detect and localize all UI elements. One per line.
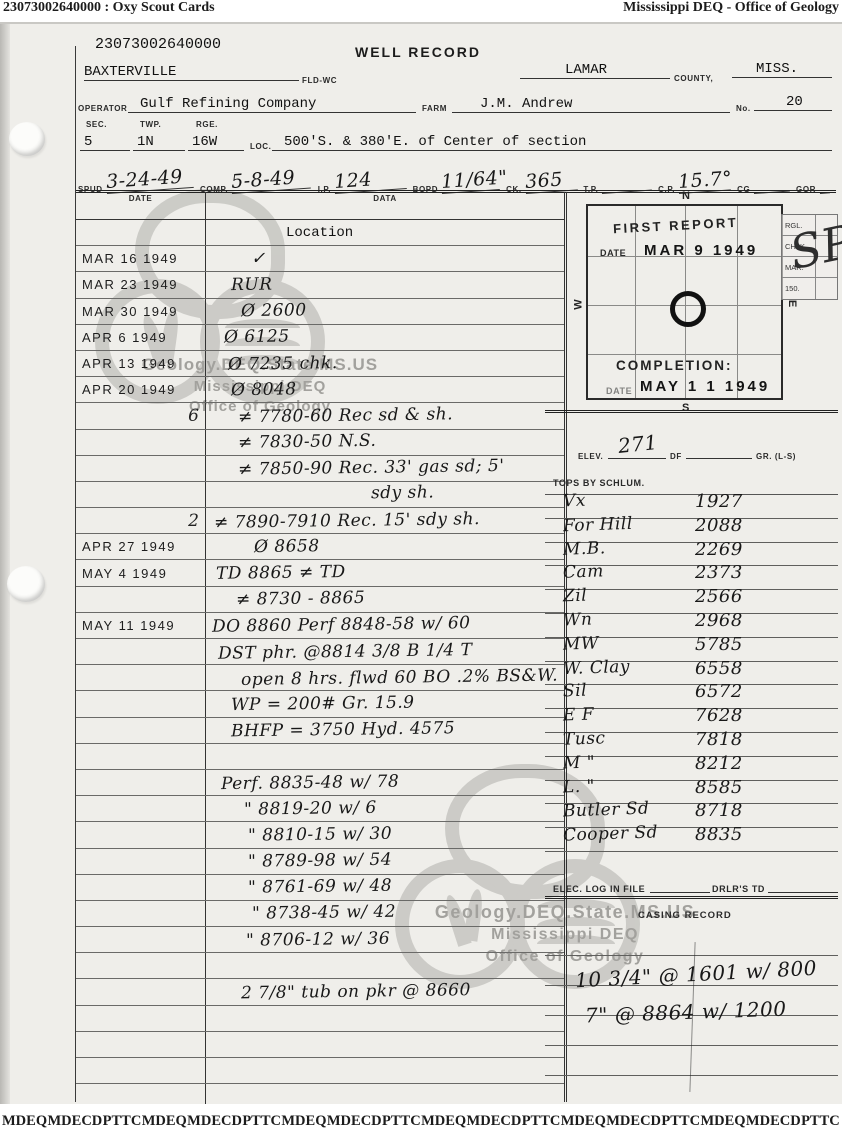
page-title: WELL RECORD (355, 44, 481, 60)
log-data-cell: Ø 2600 (206, 299, 564, 324)
tops-name: Wn (563, 609, 593, 630)
log-row: Location (76, 220, 564, 246)
tops-section: TOPS BY SCHLUM. Vx1927For Hill2088M.B.22… (545, 472, 838, 852)
footer-token: MDECD (467, 1113, 522, 1130)
log-date: APR 27 1949 (82, 539, 176, 554)
tops-row: Cam2373 (545, 566, 838, 590)
sec-label: SEC. (86, 120, 107, 129)
rge-label: RGE. (196, 120, 218, 129)
log-data-text: " 8789-98 w/ 54 (206, 850, 392, 873)
log-row (76, 1032, 564, 1058)
tops-name: Cam (563, 562, 604, 583)
log-date-cell: MAR 16 1949 (76, 246, 206, 271)
log-data-text: DO 8860 Perf 8848-58 w/ 60 (206, 614, 471, 638)
log-row: open 8 hrs. flwd 60 BO .2% BS&W. (76, 665, 564, 691)
log-rows: LocationMAR 16 1949✓MAR 23 1949RURMAR 30… (76, 220, 564, 1110)
log-row: MAR 30 1949Ø 2600 (76, 299, 564, 325)
log-date: MAR 23 1949 (82, 277, 178, 292)
elec-double-rule (545, 896, 838, 899)
date-column-header: DATE (129, 194, 153, 203)
tops-depth: 2269 (695, 539, 743, 560)
log-date: MAY 4 1949 (82, 566, 167, 581)
log-data-text: " 8819-20 w/ 6 (206, 798, 377, 820)
document-id-title: 23073002640000 : Oxy Scout Cards (3, 0, 215, 16)
tops-name: For Hill (563, 514, 633, 536)
log-date: 6 (188, 406, 199, 426)
tops-name: E F (563, 705, 595, 726)
spud-row: SPUD3-24-49COMP.5-8-49I.P.124BOPD11/64"C… (78, 158, 836, 194)
tops-name: Zil (563, 586, 588, 607)
compass-east-label: E (786, 300, 798, 308)
log-data-text: Ø 8658 (206, 536, 320, 558)
footer-token: MDEQ (700, 1113, 745, 1130)
completion-label: COMPLETION: (616, 358, 733, 373)
log-data-cell: ≠ 7830-50 N.S. (206, 430, 564, 455)
log-date-cell: APR 20 1949 (76, 377, 206, 402)
data-column-header: DATA (373, 194, 396, 203)
well-no-label: No. (736, 104, 751, 113)
log-data-text: Ø 2600 (206, 300, 307, 321)
tops-name: L. " (563, 776, 596, 797)
log-data-text: open 8 hrs. flwd 60 BO .2% BS&W. (206, 665, 558, 690)
tops-name: M " (563, 752, 596, 773)
log-data-cell: " 8706-12 w/ 36 (206, 927, 564, 952)
log-date: 2 (188, 511, 199, 531)
log-row (76, 953, 564, 979)
log-data-cell: ✓ (206, 246, 564, 271)
initials-signature: SP (786, 218, 842, 276)
log-data-cell: BHFP = 3750 Hyd. 4575 (206, 718, 564, 743)
log-data-cell: TD 8865 ≠ TD (206, 560, 564, 585)
log-date-cell: APR 13 1949 (76, 351, 206, 376)
footer-token: MDECD (47, 1113, 102, 1130)
compass-north-label: N (682, 190, 691, 202)
log-date-cell (76, 456, 206, 481)
footer-token: MDECD (606, 1113, 661, 1130)
loc-value: 500'S. & 380'E. of Center of section (272, 134, 832, 151)
log-data-text: Ø 7235 chk. (206, 353, 338, 375)
elev-gr-label: GR. (L-S) (756, 452, 796, 461)
log-date-cell (76, 718, 206, 743)
tops-label: TOPS BY SCHLUM. (553, 478, 645, 488)
farm-label: FARM (422, 104, 447, 113)
tops-name: M.B. (563, 538, 606, 559)
log-data-cell (206, 1058, 564, 1083)
log-row: " 8738-45 w/ 42 (76, 901, 564, 927)
tops-rows: Vx1927For Hill2088M.B.2269Cam2373Zil2566… (545, 495, 838, 852)
log-date-cell (76, 849, 206, 874)
viewer-top-bar: 23073002640000 : Oxy Scout Cards Mississ… (0, 0, 842, 22)
log-data-cell: DST phr. @8814 3/8 B 1/4 T (206, 639, 564, 664)
log-row: 2≠ 7890-7910 Rec. 15' sdy sh. (76, 508, 564, 534)
log-data-text: ✓ (206, 248, 266, 269)
log-row: sdy sh. (76, 482, 564, 508)
first-report-date-stamp: MAR 9 1949 (644, 242, 758, 259)
field-label: FLD-WC (302, 76, 337, 85)
log-row: MAY 11 1949DO 8860 Perf 8848-58 w/ 60 (76, 613, 564, 639)
log-date: MAR 30 1949 (82, 304, 178, 319)
hole-punch (7, 566, 45, 602)
log-data-text: Ø 8048 (206, 379, 297, 400)
casing-record-label: CASING RECORD (638, 910, 732, 921)
elev-underline (608, 438, 666, 459)
log-data-cell: Ø 8048 (206, 377, 564, 402)
drlrs-td-label: DRLR'S TD (712, 884, 765, 894)
log-table-header: DATE DATA (76, 192, 564, 220)
log-data-text: " 8706-12 w/ 36 (206, 928, 390, 951)
log-row: WP = 200# Gr. 15.9 (76, 691, 564, 717)
tops-depth: 6558 (695, 658, 743, 679)
compass-west-label: W (573, 298, 585, 309)
log-data-text: RUR (206, 275, 273, 296)
log-row: BHFP = 3750 Hyd. 4575 (76, 718, 564, 744)
rge-value: 16W (188, 134, 244, 151)
log-date-cell: MAY 4 1949 (76, 560, 206, 585)
well-location-marker (670, 291, 706, 327)
viewer-footer-bar: MDEQMDECDPTTCMDEQMDECDPTTCMDEQMDECDPTTCM… (0, 1104, 842, 1130)
tops-name: W. Clay (563, 656, 631, 678)
log-row (76, 1006, 564, 1032)
tops-name: Sil (563, 681, 588, 702)
log-date-cell (76, 744, 206, 769)
log-data-cell: ≠ 7890-7910 Rec. 15' sdy sh. (206, 508, 564, 533)
log-data-text: " 8761-69 w/ 48 (206, 876, 392, 899)
log-data-cell: Ø 7235 chk. (206, 351, 564, 376)
scan-edge-shadow (0, 24, 10, 1106)
field-name-value: BAXTERVILLE (84, 64, 299, 81)
log-data-text: ≠ 7780-60 Rec sd & sh. (206, 404, 453, 427)
footer-token: MDEQ (561, 1113, 606, 1130)
tops-depth: 2566 (695, 586, 743, 607)
tops-depth: 1927 (695, 491, 743, 512)
log-date-cell: MAR 23 1949 (76, 272, 206, 297)
first-report-stamp: FIRST REPORT (613, 215, 739, 237)
log-data-text: 2 7/8" tub on pkr @ 8660 (206, 980, 471, 1004)
log-data-cell: Perf. 8835-48 w/ 78 (206, 770, 564, 795)
log-data-cell: open 8 hrs. flwd 60 BO .2% BS&W. (206, 665, 564, 690)
footer-token: PTTC (522, 1113, 561, 1130)
log-data-cell (206, 1032, 564, 1057)
log-row: APR 20 1949Ø 8048 (76, 377, 564, 403)
first-report-date-label: DATE (600, 248, 626, 258)
scanned-well-record-card: Geology.DEQ.State.MS.US Mississippi DEQ … (0, 22, 842, 1106)
log-data-cell: ≠ 7780-60 Rec sd & sh. (206, 403, 564, 428)
log-row: " 8819-20 w/ 6 (76, 796, 564, 822)
log-date-cell: APR 27 1949 (76, 534, 206, 559)
log-data-cell: sdy sh. (206, 482, 564, 507)
log-date-cell (76, 875, 206, 900)
tops-name: Tusc (563, 728, 606, 749)
log-date-cell (76, 979, 206, 1004)
tops-depth: 2373 (695, 562, 743, 583)
footer-token: MDEQ (421, 1113, 466, 1130)
log-row: " 8761-69 w/ 48 (76, 875, 564, 901)
agency-title: Mississippi DEQ - Office of Geology (623, 0, 839, 16)
log-data-cell (206, 953, 564, 978)
log-row (76, 1058, 564, 1084)
tops-name: Cooper Sd (563, 823, 659, 846)
log-date: APR 6 1949 (82, 330, 167, 345)
tops-name: Butler Sd (563, 799, 650, 822)
log-data-cell: 2 7/8" tub on pkr @ 8660 (206, 979, 564, 1004)
log-data-text: " 8738-45 w/ 42 (206, 902, 396, 925)
log-data-cell: " 8819-20 w/ 6 (206, 796, 564, 821)
footer-token: PTTC (661, 1113, 700, 1130)
elev-label: ELEV. (578, 452, 603, 461)
log-data-text: ≠ 8730 - 8865 (206, 588, 365, 610)
log-row: ≠ 8730 - 8865 (76, 587, 564, 613)
location-plat-box: N S W E FIRST REPORT DATE MAR 9 1949 COM… (586, 204, 783, 400)
log-date: APR 13 1949 (82, 356, 176, 371)
log-data-text: Perf. 8835-48 w/ 78 (206, 771, 399, 794)
log-row: ≠ 7830-50 N.S. (76, 430, 564, 456)
log-data-cell: " 8789-98 w/ 54 (206, 849, 564, 874)
log-row: MAY 4 1949TD 8865 ≠ TD (76, 560, 564, 586)
log-date-cell (76, 822, 206, 847)
log-date-cell (76, 1058, 206, 1083)
operator-label: OPERATOR (78, 104, 127, 113)
log-date: APR 20 1949 (82, 382, 176, 397)
log-date-cell (76, 953, 206, 978)
log-data-text: ≠ 7830-50 N.S. (206, 431, 377, 453)
card-number: 23073002640000 (95, 36, 221, 53)
log-data-cell: ≠ 8730 - 8865 (206, 587, 564, 612)
log-date-cell: APR 6 1949 (76, 325, 206, 350)
tops-depth: 5785 (695, 634, 743, 655)
log-row: " 8789-98 w/ 54 (76, 849, 564, 875)
log-row: APR 27 1949Ø 8658 (76, 534, 564, 560)
tops-depth: 8718 (695, 800, 743, 821)
log-data-cell: " 8761-69 w/ 48 (206, 875, 564, 900)
log-data-text: DST phr. @8814 3/8 B 1/4 T (206, 640, 473, 664)
log-data-cell: " 8810-15 w/ 30 (206, 822, 564, 847)
tops-depth: 7818 (695, 729, 743, 750)
farm-value: J.M. Andrew (452, 96, 730, 113)
log-date-cell (76, 430, 206, 455)
tops-depth: 2088 (695, 515, 743, 536)
twp-label: TWP. (140, 120, 161, 129)
log-date-cell (76, 482, 206, 507)
log-data-cell: DO 8860 Perf 8848-58 w/ 60 (206, 613, 564, 638)
log-row: MAR 16 1949✓ (76, 246, 564, 272)
log-data-cell (206, 1006, 564, 1031)
tops-name: Vx (563, 491, 587, 512)
log-data-cell (206, 744, 564, 769)
log-date-cell (76, 691, 206, 716)
log-date-cell: MAY 11 1949 (76, 613, 206, 638)
log-row: APR 6 1949Ø 6125 (76, 325, 564, 351)
log-date-cell: 6 (76, 403, 206, 428)
footer-token: MDECD (327, 1113, 382, 1130)
log-row: " 8810-15 w/ 30 (76, 822, 564, 848)
log-data-text: sdy sh. (206, 483, 434, 506)
log-date-cell (76, 927, 206, 952)
log-row: MAR 23 1949RUR (76, 272, 564, 298)
log-data-cell: " 8738-45 w/ 42 (206, 901, 564, 926)
footer-token: MDEQ (142, 1113, 187, 1130)
completion-date-stamp: MAY 1 1 1949 (640, 378, 770, 395)
log-data-text: BHFP = 3750 Hyd. 4575 (206, 718, 455, 741)
sec-value: 5 (80, 134, 130, 151)
log-date-cell: MAR 30 1949 (76, 299, 206, 324)
county-label: COUNTY, (674, 74, 713, 83)
tops-depth: 2968 (695, 610, 743, 631)
footer-token: MDECD (746, 1113, 801, 1130)
log-data-text: Ø 6125 (206, 327, 290, 348)
tops-depth: 8585 (695, 777, 743, 798)
log-data-cell: Ø 6125 (206, 325, 564, 350)
log-row: APR 13 1949Ø 7235 chk. (76, 351, 564, 377)
log-date-cell (76, 220, 206, 245)
log-date-cell (76, 639, 206, 664)
loc-label: LOC. (250, 142, 272, 151)
log-data-cell: Location (206, 220, 564, 245)
log-table: DATE DATA LocationMAR 16 1949✓MAR 23 194… (76, 192, 567, 1102)
completion-date-label: DATE (606, 386, 632, 396)
log-data-cell: ≠ 7850-90 Rec. 33' gas sd; 5' (206, 456, 564, 481)
elev-df-underline (686, 438, 752, 459)
plat-double-rule (545, 410, 838, 413)
elec-log-underline (650, 876, 710, 893)
log-data-text: ≠ 7850-90 Rec. 33' gas sd; 5' (206, 456, 505, 480)
elev-df-label: DF (670, 452, 682, 461)
log-row: 2 7/8" tub on pkr @ 8660 (76, 979, 564, 1005)
log-date-cell (76, 665, 206, 690)
log-date-cell (76, 901, 206, 926)
footer-token: PTTC (242, 1113, 281, 1130)
log-row: 6≠ 7780-60 Rec sd & sh. (76, 403, 564, 429)
footer-token: PTTC (801, 1113, 840, 1130)
elec-log-label: ELEC. LOG IN FILE (553, 884, 645, 894)
tops-depth: 7628 (695, 705, 743, 726)
log-data-text: WP = 200# Gr. 15.9 (206, 693, 415, 716)
tops-name: MW (563, 633, 600, 654)
log-date-cell (76, 1006, 206, 1031)
log-date: MAR 16 1949 (82, 251, 178, 266)
log-row: Perf. 8835-48 w/ 78 (76, 770, 564, 796)
routing-stamp-label: 150. (785, 284, 800, 293)
tops-row: W. Clay6558 (545, 662, 838, 686)
log-date-cell (76, 1032, 206, 1057)
tops-depth: 8212 (695, 753, 743, 774)
operator-value: Gulf Refining Company (128, 96, 416, 113)
hole-punch (9, 122, 45, 156)
log-row (76, 744, 564, 770)
footer-token: MDEQ (2, 1113, 47, 1130)
log-date-cell: 2 (76, 508, 206, 533)
log-row: ≠ 7850-90 Rec. 33' gas sd; 5' (76, 456, 564, 482)
state-value: MISS. (732, 61, 832, 78)
log-data-cell: Ø 8658 (206, 534, 564, 559)
log-data-cell: WP = 200# Gr. 15.9 (206, 691, 564, 716)
log-date-cell (76, 796, 206, 821)
footer-token: PTTC (382, 1113, 421, 1130)
log-data-cell: RUR (206, 272, 564, 297)
routing-stamp-row: 150. (782, 278, 837, 299)
drlrs-td-underline (768, 876, 838, 893)
footer-token: PTTC (103, 1113, 142, 1130)
log-data-text: TD 8865 ≠ TD (206, 562, 346, 584)
log-date-cell (76, 587, 206, 612)
log-row: " 8706-12 w/ 36 (76, 927, 564, 953)
well-no-value: 20 (754, 94, 832, 111)
tops-depth: 6572 (695, 681, 743, 702)
tops-row: Cooper Sd8835 (545, 828, 838, 852)
log-data-text: Location (206, 225, 353, 241)
twp-value: 1N (133, 134, 185, 151)
log-date-cell (76, 770, 206, 795)
footer-token: MDEQ (281, 1113, 326, 1130)
log-data-text: ≠ 7890-7910 Rec. 15' sdy sh. (206, 509, 480, 533)
tops-depth: 8835 (695, 824, 743, 845)
footer-token: MDECD (187, 1113, 242, 1130)
log-date: MAY 11 1949 (82, 618, 175, 633)
county-value: LAMAR (520, 62, 670, 79)
log-data-text: " 8810-15 w/ 30 (206, 824, 392, 847)
log-row: DST phr. @8814 3/8 B 1/4 T (76, 639, 564, 665)
